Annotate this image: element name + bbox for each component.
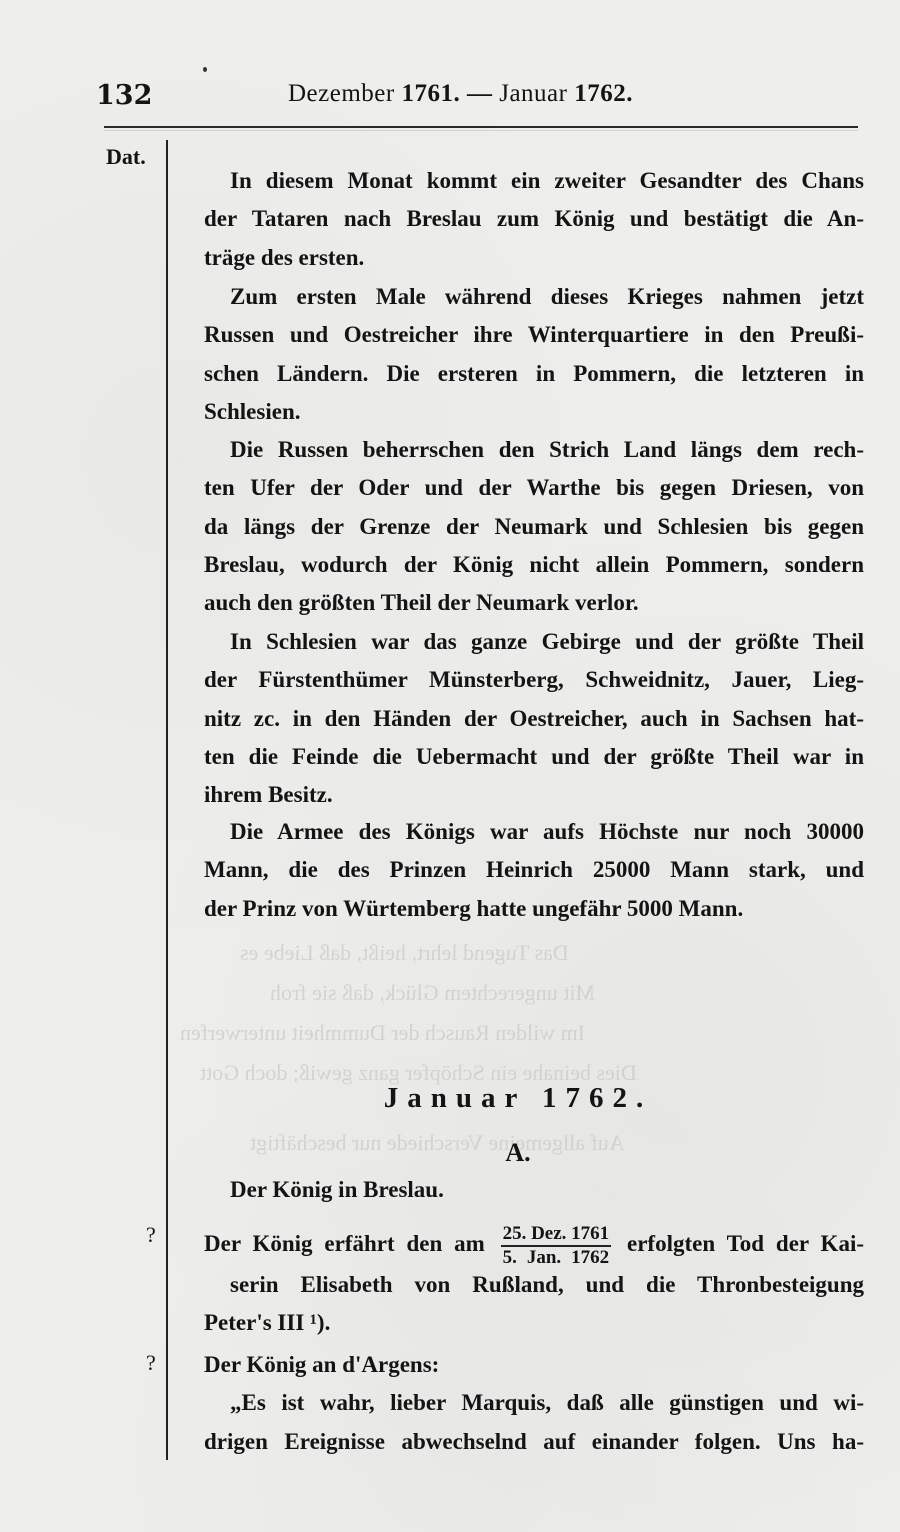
month-heading: Januar 1762.: [168, 1082, 868, 1115]
text-line: Zum ersten Male während dieses Krieges n…: [204, 278, 864, 316]
text-fragment: Der König erfährt den am: [204, 1231, 485, 1256]
running-head-month2: Januar: [499, 80, 567, 107]
dual-calendar-date: 25. Dez. 1761 5. Jan. 1762: [501, 1223, 612, 1269]
bleed-through-text: Das Tugend lehrt, heißt, daß Liebe es: [240, 940, 569, 966]
text-line: ten Ufer der Oder und der Warthe bis geg…: [204, 469, 864, 507]
paragraph-3: Die Russen beherrschen den Strich Land l…: [204, 431, 864, 622]
uncertain-date-marker: ?: [146, 1222, 156, 1248]
entry-letter-to-dargens: Der König an d'Argens: „Es ist wahr, lie…: [204, 1346, 864, 1461]
bleed-through-text: Im wilden Rausch der Dummheit unterwerfe…: [180, 1020, 585, 1046]
subheading-text: Der König in Breslau.: [204, 1171, 864, 1209]
text-line: In Schlesien war das ganze Gebirge und d…: [204, 623, 864, 661]
text-line: ihrem Besitz.: [204, 776, 864, 814]
text-line: Der König an d'Argens:: [204, 1346, 864, 1384]
header-rule: [104, 126, 858, 128]
text-line: Russen und Oestreicher ihre Winterquarti…: [204, 316, 864, 354]
text-line: drigen Ereignisse abwechselnd auf einand…: [204, 1423, 864, 1461]
text-line: der Fürstenthümer Münsterberg, Schweidni…: [204, 661, 864, 699]
running-head: Dezember 1761. — Januar 1762.: [288, 80, 633, 108]
uncertain-date-marker: ?: [146, 1350, 156, 1376]
text-line: Schlesien.: [204, 393, 864, 431]
text-line-with-date-fraction: Der König erfährt den am 25. Dez. 1761 5…: [204, 1222, 864, 1266]
running-head-month1: Dezember: [288, 80, 395, 107]
text-line: Mann, die des Prinzen Heinrich 25000 Man…: [204, 851, 864, 889]
text-line: „Es ist wahr, lieber Marquis, daß alle g…: [204, 1384, 864, 1422]
entry-death-of-empress: Der König erfährt den am 25. Dez. 1761 5…: [204, 1222, 864, 1343]
text-line: Die Armee des Königs war aufs Höchste nu…: [204, 813, 864, 851]
running-head-dash: —: [467, 80, 493, 107]
text-line: serin Elisabeth von Rußland, und die Thr…: [204, 1266, 864, 1304]
paragraph-5: Die Armee des Königs war aufs Höchste nu…: [204, 813, 864, 928]
subheading: Der König in Breslau.: [204, 1171, 864, 1209]
paragraph-1: In diesem Monat kommt ein zweiter Gesand…: [204, 162, 864, 277]
text-line: der Tataren nach Breslau zum König und b…: [204, 200, 864, 238]
running-head-year1: 1761.: [401, 80, 460, 107]
text-line: Peter's III ¹).: [204, 1304, 864, 1342]
text-line: nitz zc. in den Händen der Oestreicher, …: [204, 700, 864, 738]
text-line: ten die Feinde die Uebermacht und der gr…: [204, 738, 864, 776]
text-fragment: erfolgten Tod der Kai-: [627, 1231, 864, 1256]
text-line: träge des ersten.: [204, 239, 864, 277]
paragraph-4: In Schlesien war das ganze Gebirge und d…: [204, 623, 864, 814]
section-letter-heading: A.: [168, 1138, 868, 1168]
text-line: der Prinz von Würtemberg hatte ungefähr …: [204, 890, 864, 928]
date-old-style: 25. Dez. 1761: [501, 1223, 612, 1247]
margin-divider: [166, 140, 168, 1460]
bleed-through-text: Mit ungerechtem Glück, daß sie froh: [270, 980, 595, 1006]
running-head-year2: 1762.: [574, 80, 633, 107]
header-rule-shadow: [104, 130, 858, 131]
text-line: da längs der Grenze der Neumark und Schl…: [204, 508, 864, 546]
paragraph-2: Zum ersten Male während dieses Krieges n…: [204, 278, 864, 431]
page-number: 132: [96, 80, 152, 111]
page-header: 132 Dezember 1761. — Januar 1762.: [96, 80, 860, 120]
date-column-label: Dat.: [106, 144, 146, 170]
text-line: In diesem Monat kommt ein zweiter Gesand…: [204, 162, 864, 200]
ink-speck: [203, 67, 207, 72]
text-line: schen Ländern. Die ersteren in Pommern, …: [204, 355, 864, 393]
text-line: Die Russen beherrschen den Strich Land l…: [204, 431, 864, 469]
text-line: auch den größten Theil der Neumark verlo…: [204, 584, 864, 622]
text-line: Breslau, wodurch der König nicht allein …: [204, 546, 864, 584]
